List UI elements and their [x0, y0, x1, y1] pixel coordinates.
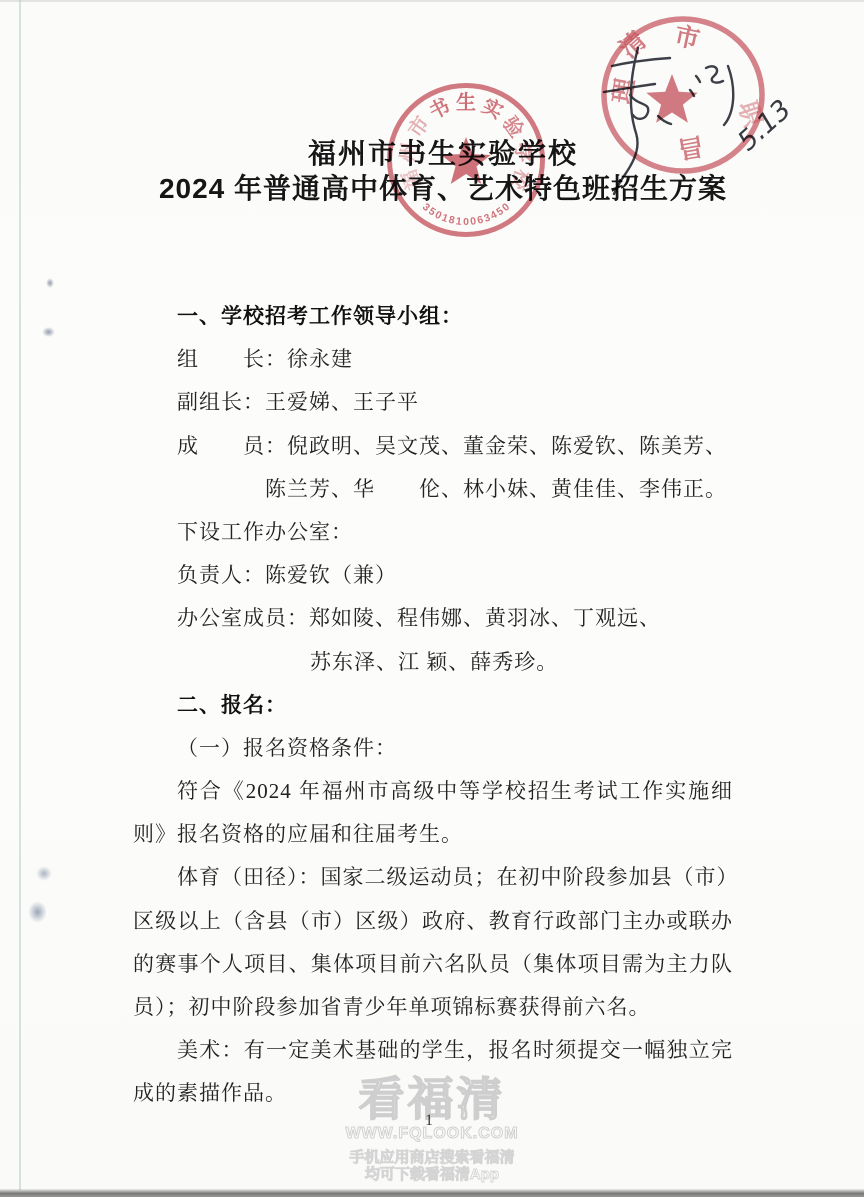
seal-arc-char: 校: [506, 165, 536, 194]
seal-arc-char: 福: [398, 166, 427, 194]
watermark-slogan-1: 手机应用商店搜索看福清: [0, 1149, 864, 1166]
line-office-head: 负责人：陈爱钦（兼）: [133, 554, 733, 597]
line-deputy-leaders: 副组长：王爱娣、王子平: [133, 381, 733, 424]
para2-line2: 区级以上（含县（市）区级）政府、教育行政部门主办或联办: [133, 900, 733, 943]
para2-line3: 的赛事个人项目、集体项目前六名队员（集体项目需为主力队: [133, 943, 733, 986]
scan-smudge: [36, 866, 52, 881]
seal-arc-char: 验: [498, 112, 529, 142]
section2-sub1-heading: （一）报名资格条件：: [133, 727, 733, 770]
handwritten-signature: 5.13: [578, 28, 818, 218]
scan-edge-bottom: [0, 1189, 864, 1197]
scan-smudge: [46, 278, 54, 288]
para1-line1: 符合《2024 年福州市高级中等学校招生考试工作实施细: [133, 770, 733, 813]
para1-line2: 则》报名资格的应届和往届考生。: [133, 813, 733, 856]
seal-code-digit: 1: [455, 215, 462, 228]
line-office-members-2: 苏东泽、江 颖、薛秀珍。: [133, 641, 733, 684]
handwritten-date: 5.13: [732, 94, 797, 157]
scanned-document-page: 看福清 WWW.FQLOOK.COM 手机应用商店搜索看福清 均可下载看福清Ap…: [0, 0, 864, 1197]
para3-line1: 美术：有一定美术基础的学生，报名时须提交一幅独立完: [133, 1029, 733, 1072]
page-number: 1: [0, 1112, 861, 1130]
para2-line4: 员）；初中阶段参加省青少年单项锦标赛获得前六名。: [133, 986, 733, 1029]
seal-arc-char: 实: [478, 93, 507, 124]
document-body: 一、学校招考工作领导小组： 组 长：徐永建 副组长：王爱娣、王子平 成 员：倪政…: [133, 295, 733, 1116]
para3-line2: 成的素描作品。: [133, 1072, 733, 1115]
line-members-2: 陈兰芳、华 伦、林小妹、黄佳佳、李伟正。: [133, 468, 733, 511]
seal-arc-char: 生: [456, 90, 476, 114]
watermark-slogan-2: 均可下载看福清App: [0, 1166, 864, 1183]
line-office-setup: 下设工作办公室：: [133, 511, 733, 554]
seal-arc-char: 学: [510, 141, 536, 164]
section2-heading: 二、报名：: [133, 684, 733, 727]
scan-edge-top: [0, 0, 864, 2]
seal-arc-char: 州: [396, 141, 421, 164]
scan-smudge: [42, 327, 55, 337]
seal-arc-char: 书: [425, 93, 454, 124]
line-group-leader: 组 长：徐永建: [133, 338, 733, 381]
school-seal-stamp: 福 州 市 书 生 实 验 学 校 3 5 0 1 8 1 0 0 6 3 4 …: [381, 75, 551, 245]
seal-code-digit: 0: [463, 216, 469, 228]
line-office-members-1: 办公室成员：郑如陵、程伟娜、黄羽冰、丁观远、: [133, 597, 733, 640]
seal-arc-char: 市: [403, 112, 434, 142]
seal-star-icon: [441, 137, 490, 184]
line-members-1: 成 员：倪政明、吴文茂、董金荣、陈爱钦、陈美芳、: [133, 425, 733, 468]
para2-line1: 体育（田径）：国家二级运动员；在初中阶段参加县（市）: [133, 856, 733, 899]
scan-smudge: [28, 901, 47, 923]
section1-heading: 一、学校招考工作领导小组：: [133, 295, 733, 338]
